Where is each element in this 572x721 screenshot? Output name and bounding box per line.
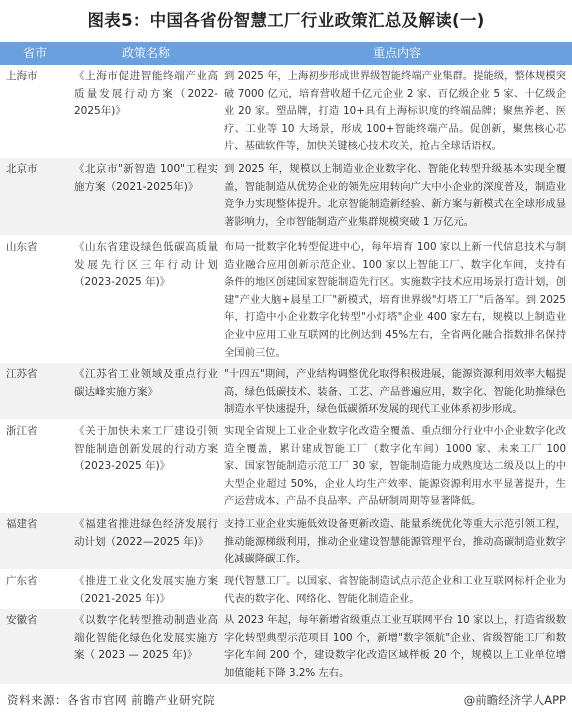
footer: 资料来源：各省市官网 前瞻产业研究院 @前瞻经济学人APP	[0, 689, 572, 711]
table-row: 广东省 《推进工业文化发展实施方案（2021-2025 年)》 现代智慧工厂。以…	[0, 570, 572, 609]
content-cell: 到 2025 年，上海初步形成世界级智能终端产业集群。提能级，整体规模突破 70…	[222, 65, 572, 157]
source-note: 资料来源：各省市官网 前瞻产业研究院	[7, 689, 215, 711]
province-cell: 安徽省	[0, 609, 70, 684]
content-cell: 实现全省规上工业企业数字化改造全覆盖、重点细分行业中小企业数字化改造全覆盖，累计…	[222, 420, 572, 512]
table-row: 安徽省 《以数字化转型推动制造业高端化智能化绿色化发展实施方案（ 2023 — …	[0, 609, 572, 685]
table-row: 山东省 《山东省建设绿色低碳高质量发展先行区三年行动计划（2023-2025 年…	[0, 236, 572, 363]
policy-cell: 《福建省推进绿色经济发展行动计划（2022—2025 年)》	[70, 513, 222, 569]
province-cell: 山东省	[0, 236, 70, 362]
table-row: 江苏省 《江苏省工业领域及重点行业碳达峰实施方案》 "十四五"期间，产业结构调整…	[0, 363, 572, 420]
table-row: 浙江省 《关于加快未来工厂建设引领智能制造创新发展的行动方案（2023-2025…	[0, 420, 572, 513]
policy-cell: 《以数字化转型推动制造业高端化智能化绿色化发展实施方案（ 2023 — 2025…	[70, 609, 222, 684]
province-cell: 广东省	[0, 570, 70, 608]
province-cell: 浙江省	[0, 420, 70, 512]
province-cell: 江苏省	[0, 363, 70, 419]
table-row: 上海市 《上海市促进智能终端产业高质量发展行动方案（2022-2025年)》 到…	[0, 65, 572, 158]
header-policy: 政策名称	[70, 42, 222, 65]
policy-cell: 《江苏省工业领域及重点行业碳达峰实施方案》	[70, 363, 222, 419]
brand-credit: @前瞻经济学人APP	[464, 689, 566, 711]
chart-title: 图表5：中国各省份智慧工厂行业政策汇总及解读(一)	[0, 6, 572, 36]
policy-cell: 《北京市"新智造 100"工程实施方案（2021-2025年)》	[70, 158, 222, 235]
table-header: 省市 政策名称 重点内容	[0, 42, 572, 65]
province-cell: 福建省	[0, 513, 70, 569]
content-cell: 布局一批数字化转型促进中心，每年培育 100 家以上新一代信息技术与制造业融合应…	[222, 236, 572, 362]
content-cell: 从 2023 年起，每年新增省级重点工业互联网平台 10 家以上，打造省级数字化…	[222, 609, 572, 684]
content-cell: "十四五"期间，产业结构调整优化取得积极进展，能源资源利用效率大幅提高，绿色低碳…	[222, 363, 572, 419]
policy-cell: 《推进工业文化发展实施方案（2021-2025 年)》	[70, 570, 222, 608]
policy-table: 省市 政策名称 重点内容 上海市 《上海市促进智能终端产业高质量发展行动方案（2…	[0, 42, 572, 685]
province-cell: 北京市	[0, 158, 70, 235]
table-row: 福建省 《福建省推进绿色经济发展行动计划（2022—2025 年)》 支持工业企…	[0, 513, 572, 570]
province-cell: 上海市	[0, 65, 70, 157]
header-content: 重点内容	[222, 42, 572, 65]
table-row: 北京市 《北京市"新智造 100"工程实施方案（2021-2025年)》 到 2…	[0, 158, 572, 236]
policy-cell: 《上海市促进智能终端产业高质量发展行动方案（2022-2025年)》	[70, 65, 222, 157]
content-cell: 支持工业企业实施低效设备更新改造、能量系统优化等重大示范引领工程，推动能源梯级利…	[222, 513, 572, 569]
content-cell: 现代智慧工厂。以国家、省智能制造试点示范企业和工业互联网标杆企业为代表的数字化、…	[222, 570, 572, 608]
header-province: 省市	[0, 42, 70, 65]
policy-cell: 《关于加快未来工厂建设引领智能制造创新发展的行动方案（2023-2025 年)》	[70, 420, 222, 512]
content-cell: 到 2025 年，规模以上制造业企业数字化、智能化转型升级基本实现全覆盖，智能制…	[222, 158, 572, 235]
policy-cell: 《山东省建设绿色低碳高质量发展先行区三年行动计划（2023-2025 年)》	[70, 236, 222, 362]
